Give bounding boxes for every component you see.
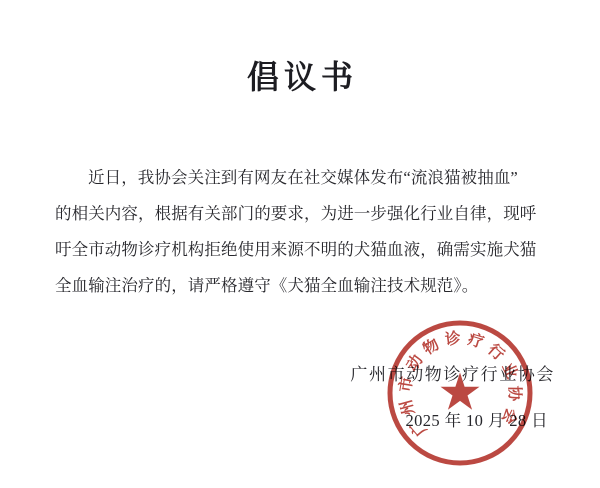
body-line-1: 近日，我协会关注到有网友在社交媒体发布“流浪猫被抽血” [55, 160, 555, 196]
body-line-2: 的相关内容，根据有关部门的要求，为进一步强化行业自律，现呼 [55, 196, 555, 232]
body-line-3: 吁全市动物诊疗机构拒绝使用来源不明的犬猫血液，确需实施犬猫 [55, 232, 555, 268]
seal-ring-char: 物 [419, 334, 443, 359]
seal-ring-char: 协 [505, 386, 523, 402]
document-body: 近日，我协会关注到有网友在社交媒体发布“流浪猫被抽血” 的相关内容，根据有关部门… [55, 160, 555, 304]
document-page: 倡议书 近日，我协会关注到有网友在社交媒体发布“流浪猫被抽血” 的相关内容，根据… [0, 0, 600, 488]
signature-date: 2025 年 10 月 28 日 [405, 410, 548, 432]
seal-outer-ring [390, 323, 530, 463]
signature-organization: 广州市动物诊疗行业协会 [350, 364, 555, 386]
seal-ring-char: 疗 [465, 329, 487, 352]
official-seal-stamp: 广州市动物诊疗行业协会 [375, 308, 545, 478]
seal-ring-char: 行 [484, 340, 509, 365]
document-title: 倡议书 [0, 52, 600, 98]
seal-ring-char: 诊 [444, 328, 462, 349]
body-line-4: 全血输注治疗的，请严格遵守《犬猫全血输注技术规范》。 [55, 268, 555, 304]
